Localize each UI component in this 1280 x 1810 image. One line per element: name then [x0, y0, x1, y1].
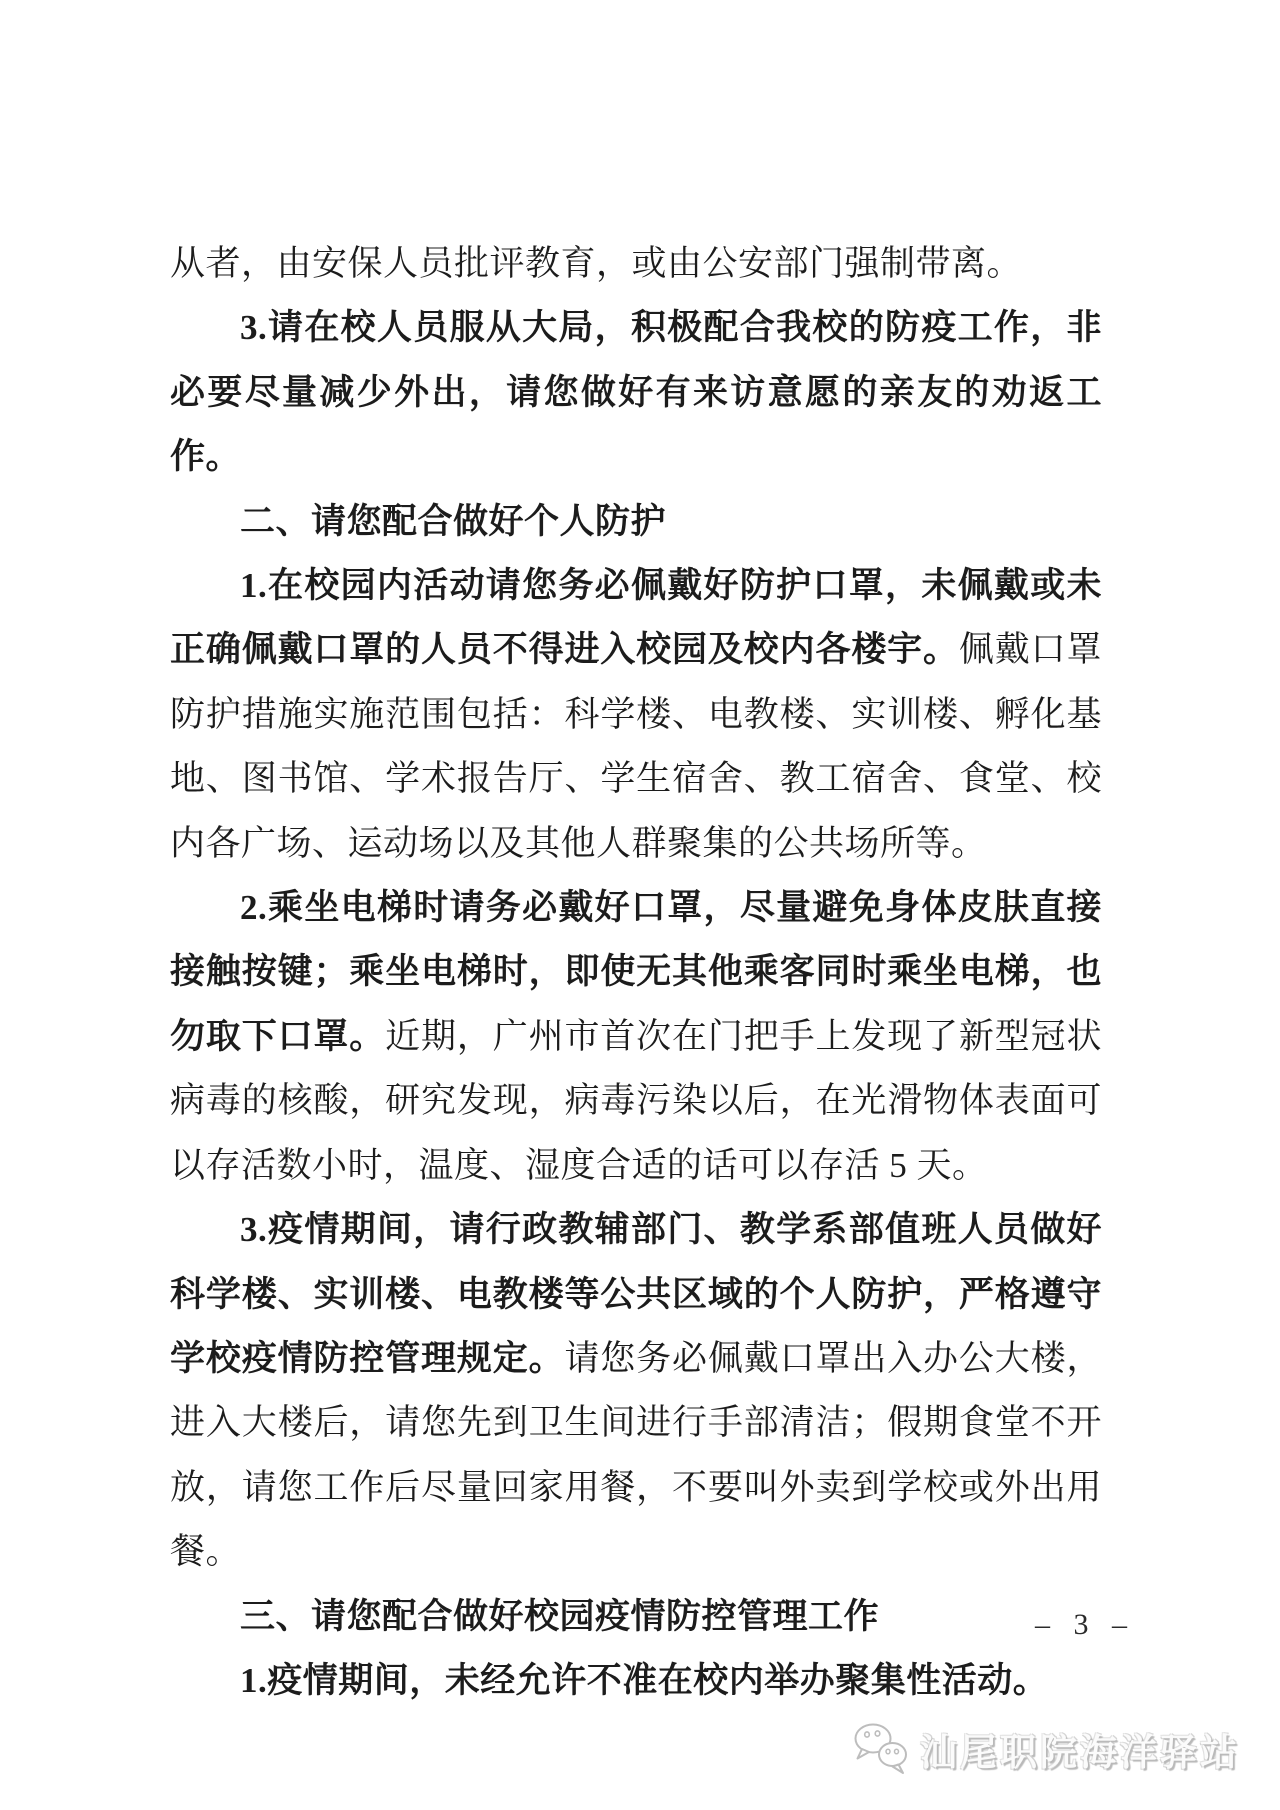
- document-page: 从者，由安保人员批评教育，或由公安部门强制带离。 3.请在校人员服从大局，积极配…: [0, 0, 1280, 1810]
- section-heading: 三、请您配合做好校园疫情防控管理工作: [170, 1585, 1102, 1649]
- paragraph: 从者，由安保人员批评教育，或由公安部门强制带离。: [170, 232, 1102, 296]
- paragraph-text: 从者，由安保人员批评教育，或由公安部门强制带离。: [170, 244, 1022, 283]
- paragraph: 1.在校园内活动请您务必佩戴好防护口罩，未佩戴或未正确佩戴口罩的人员不得进入校园…: [170, 554, 1102, 876]
- page-number: – 3 –: [1010, 1608, 1160, 1642]
- section-heading: 二、请您配合做好个人防护: [170, 490, 1102, 554]
- paragraph: 3.请在校人员服从大局，积极配合我校的防疫工作，非必要尽量减少外出，请您做好有来…: [170, 296, 1102, 489]
- paragraph-text: 3.请在校人员服从大局，积极配合我校的防疫工作，非必要尽量减少外出，请您做好有来…: [170, 308, 1102, 476]
- section-heading-text: 二、请您配合做好个人防护: [240, 502, 666, 541]
- paragraph: 3.疫情期间，请行政教辅部门、教学系部值班人员做好科学楼、实训楼、电教楼等公共区…: [170, 1198, 1102, 1584]
- paragraph-text-emphasis: 1.疫情期间，未经允许不准在校内举办聚集性活动。: [240, 1661, 1048, 1700]
- section-heading-text: 三、请您配合做好校园疫情防控管理工作: [240, 1597, 879, 1636]
- wechat-icon: [852, 1722, 910, 1776]
- document-body: 从者，由安保人员批评教育，或由公安部门强制带离。 3.请在校人员服从大局，积极配…: [170, 232, 1102, 1713]
- watermark-text: 汕尾职院海洋驿站: [920, 1722, 1240, 1776]
- watermark: 汕尾职院海洋驿站: [852, 1722, 1240, 1776]
- paragraph: 1.疫情期间，未经允许不准在校内举办聚集性活动。: [170, 1649, 1102, 1713]
- paragraph: 2.乘坐电梯时请务必戴好口罩，尽量避免身体皮肤直接接触按键；乘坐电梯时，即使无其…: [170, 876, 1102, 1198]
